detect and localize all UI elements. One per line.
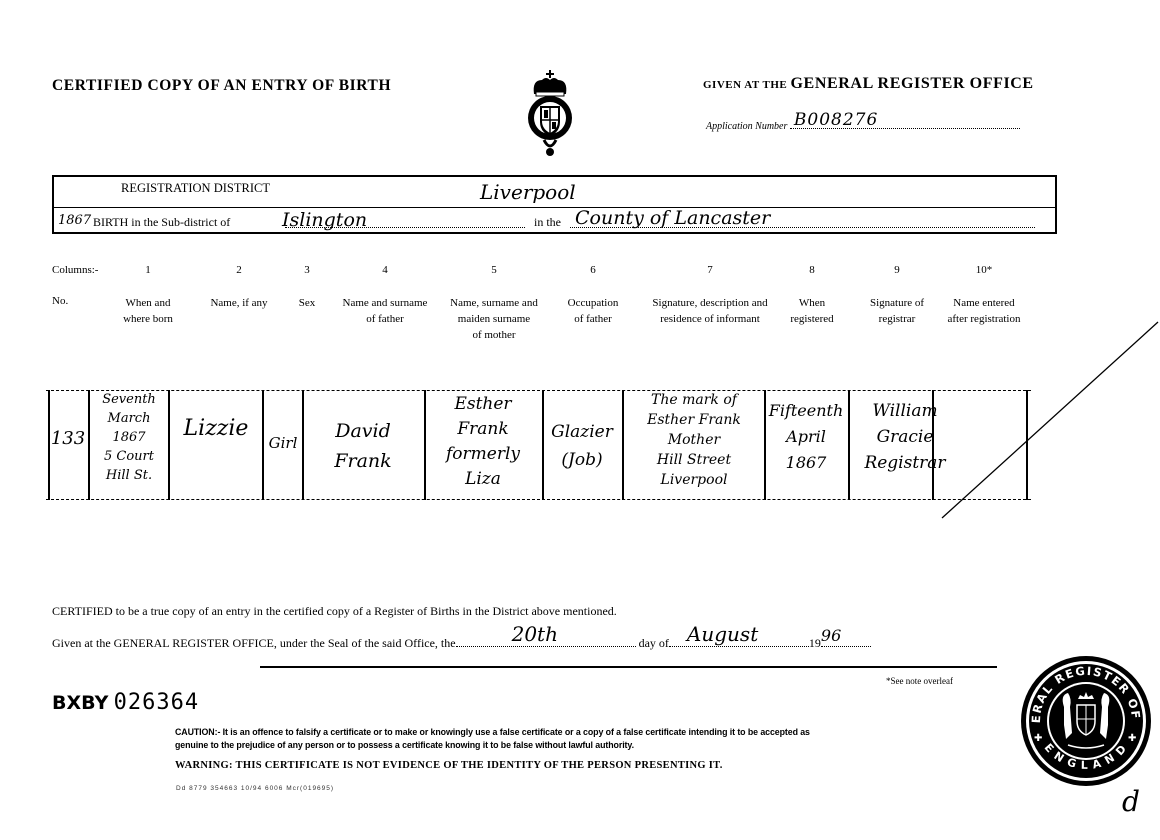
column-number: 8 (792, 264, 832, 276)
caution-notice: CAUTION:- It is an offence to falsify a … (175, 726, 826, 752)
column-number: 9 (877, 264, 917, 276)
column-number: 1 (128, 264, 168, 276)
column-header: When and where born (108, 295, 188, 327)
registration-district-value: Liverpool (480, 180, 576, 204)
subdistrict-value: Islington (282, 209, 367, 231)
column-header: Occupation of father (553, 295, 633, 327)
cancellation-diagonal-line (940, 320, 1160, 520)
certification-month: August (687, 622, 758, 646)
svg-text:✚: ✚ (1034, 733, 1042, 744)
certification-day: 20th (512, 622, 558, 646)
see-note-overleaf: *See note overleaf (886, 676, 953, 686)
svg-text:✚: ✚ (1128, 733, 1136, 744)
column-number: 3 (287, 264, 327, 276)
entry-father: David Frank (304, 416, 422, 476)
entry-mother: Esther Frank formerly Liza (426, 392, 540, 492)
application-number-field: Application Number B008276 (706, 118, 1020, 132)
column-header: Name and surname of father (325, 295, 445, 327)
application-number-value: B008276 (794, 110, 878, 130)
certificate-serial-number: BXBY 026364 (52, 690, 199, 715)
column-number: 10* (964, 264, 1004, 276)
clerk-initial: d (1122, 785, 1140, 818)
column-header: Name, surname and maiden surname of moth… (434, 295, 554, 343)
certification-year: 96 (821, 626, 841, 645)
entry-top-border (46, 390, 1031, 391)
birth-year: 1867 (58, 213, 91, 228)
given-prefix: Given at the GENERAL REGISTER OFFICE, un… (52, 636, 456, 650)
column-header: When registered (772, 295, 852, 327)
column-header: Signature, description and residence of … (640, 295, 780, 327)
certification-statement: CERTIFIED to be a true copy of an entry … (52, 604, 617, 619)
entry-number: 133 (48, 428, 88, 450)
column-header: Sex (287, 295, 327, 311)
serial-prefix: BXBY (52, 692, 108, 714)
column-header: Name, if any (194, 295, 284, 311)
county-value: County of Lancaster (575, 207, 770, 229)
certificate-title: CERTIFIED COPY OF AN ENTRY OF BIRTH (52, 77, 391, 95)
entry-when-where-born: Seventh March 1867 5 Court Hill St. (90, 390, 168, 485)
day-of-label: day of (639, 636, 669, 650)
column-number: 6 (573, 264, 613, 276)
column-header: Signature of registrar (852, 295, 942, 327)
given-at-office: GIVEN AT THE GENERAL REGISTER OFFICE (703, 75, 1034, 93)
royal-coat-of-arms-icon (522, 68, 578, 158)
column-number: 2 (219, 264, 259, 276)
given-at-statement: Given at the GENERAL REGISTER OFFICE, un… (52, 636, 871, 651)
serial-number: 026364 (114, 690, 199, 715)
general-register-office-seal-icon: GENERAL REGISTER OFFICE ENGLAND ✚ ✚ (1020, 655, 1152, 787)
entry-name: Lizzie (170, 418, 262, 440)
given-at-prefix: GIVEN AT THE (703, 79, 787, 91)
warning-notice: WARNING: THIS CERTIFICATE IS NOT EVIDENC… (175, 760, 723, 771)
entry-informant: The mark of Esther Frank Mother Hill Str… (624, 390, 764, 490)
entry-bottom-border (46, 499, 1031, 500)
subdistrict-label: BIRTH in the Sub-district of (93, 215, 230, 230)
county-label: in the (534, 215, 561, 230)
entry-occupation: Glazier (Job) (544, 418, 620, 474)
no-column-header: No. (52, 295, 68, 307)
separator-line (260, 666, 997, 668)
entry-sex: Girl (264, 432, 302, 454)
column-divider (168, 390, 170, 500)
year-prefix: 19 (809, 636, 821, 650)
office-name: GENERAL REGISTER OFFICE (791, 75, 1034, 92)
column-number: 4 (365, 264, 405, 276)
application-number-label: Application Number (706, 121, 787, 132)
entry-when-registered: Fifteenth April 1867 (766, 398, 846, 476)
column-number: 5 (474, 264, 514, 276)
birth-entry-row: 133 Seventh March 1867 5 Court Hill St. … (46, 388, 1031, 500)
column-number: 7 (690, 264, 730, 276)
print-code: Dd 8779 354663 10/94 6006 Mcr(019695) (176, 785, 334, 792)
registration-district-label: REGISTRATION DISTRICT (121, 181, 270, 196)
columns-label: Columns:- (52, 264, 98, 276)
